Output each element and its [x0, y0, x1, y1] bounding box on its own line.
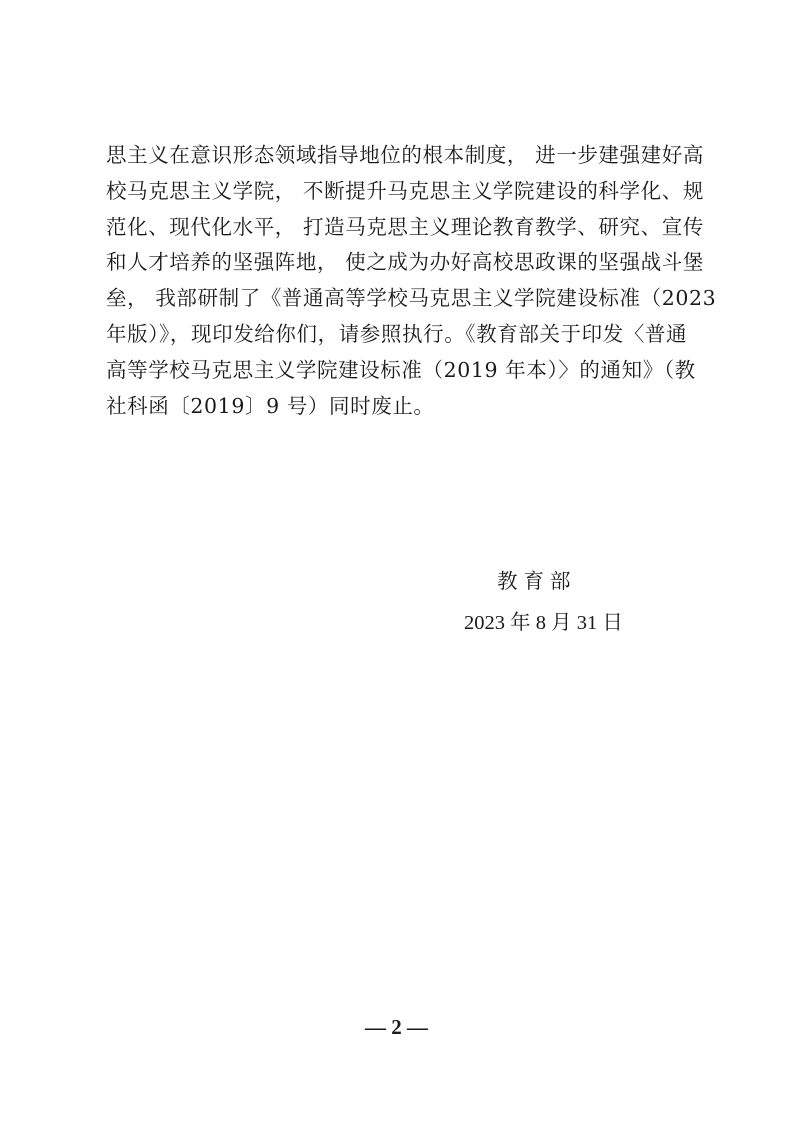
body-line: 高等学校马克思主义学院建设标准（2019 年本）〉的通知》（教: [106, 353, 696, 389]
body-paragraph: 思主义在意识形态领域指导地位的根本制度， 进一步建强建好高 校马克思主义学院， …: [106, 138, 696, 424]
issue-date: 2023 年 8 月 31 日: [464, 608, 623, 638]
page-number: — 2 —: [0, 1012, 793, 1042]
body-line: 校马克思主义学院， 不断提升马克思主义学院建设的科学化、规: [106, 174, 696, 210]
body-line: 和人才培养的坚强阵地， 使之成为办好高校思政课的坚强战斗堡: [106, 245, 696, 281]
document-page: 思主义在意识形态领域指导地位的根本制度， 进一步建强建好高 校马克思主义学院， …: [0, 0, 793, 1122]
body-line: 范化、现代化水平， 打造马克思主义理论教育教学、研究、宣传: [106, 210, 696, 246]
body-line: 社科函〔2019〕9 号）同时废止。: [106, 389, 696, 425]
body-line: 思主义在意识形态领域指导地位的根本制度， 进一步建强建好高: [106, 138, 696, 174]
issuer-name: 教育部: [497, 566, 577, 596]
body-line: 垒， 我部研制了《普通高等学校马克思主义学院建设标准（2023: [106, 281, 696, 317]
body-line: 年版）》，现印发给你们，请参照执行。《教育部关于印发〈普通: [106, 317, 696, 353]
